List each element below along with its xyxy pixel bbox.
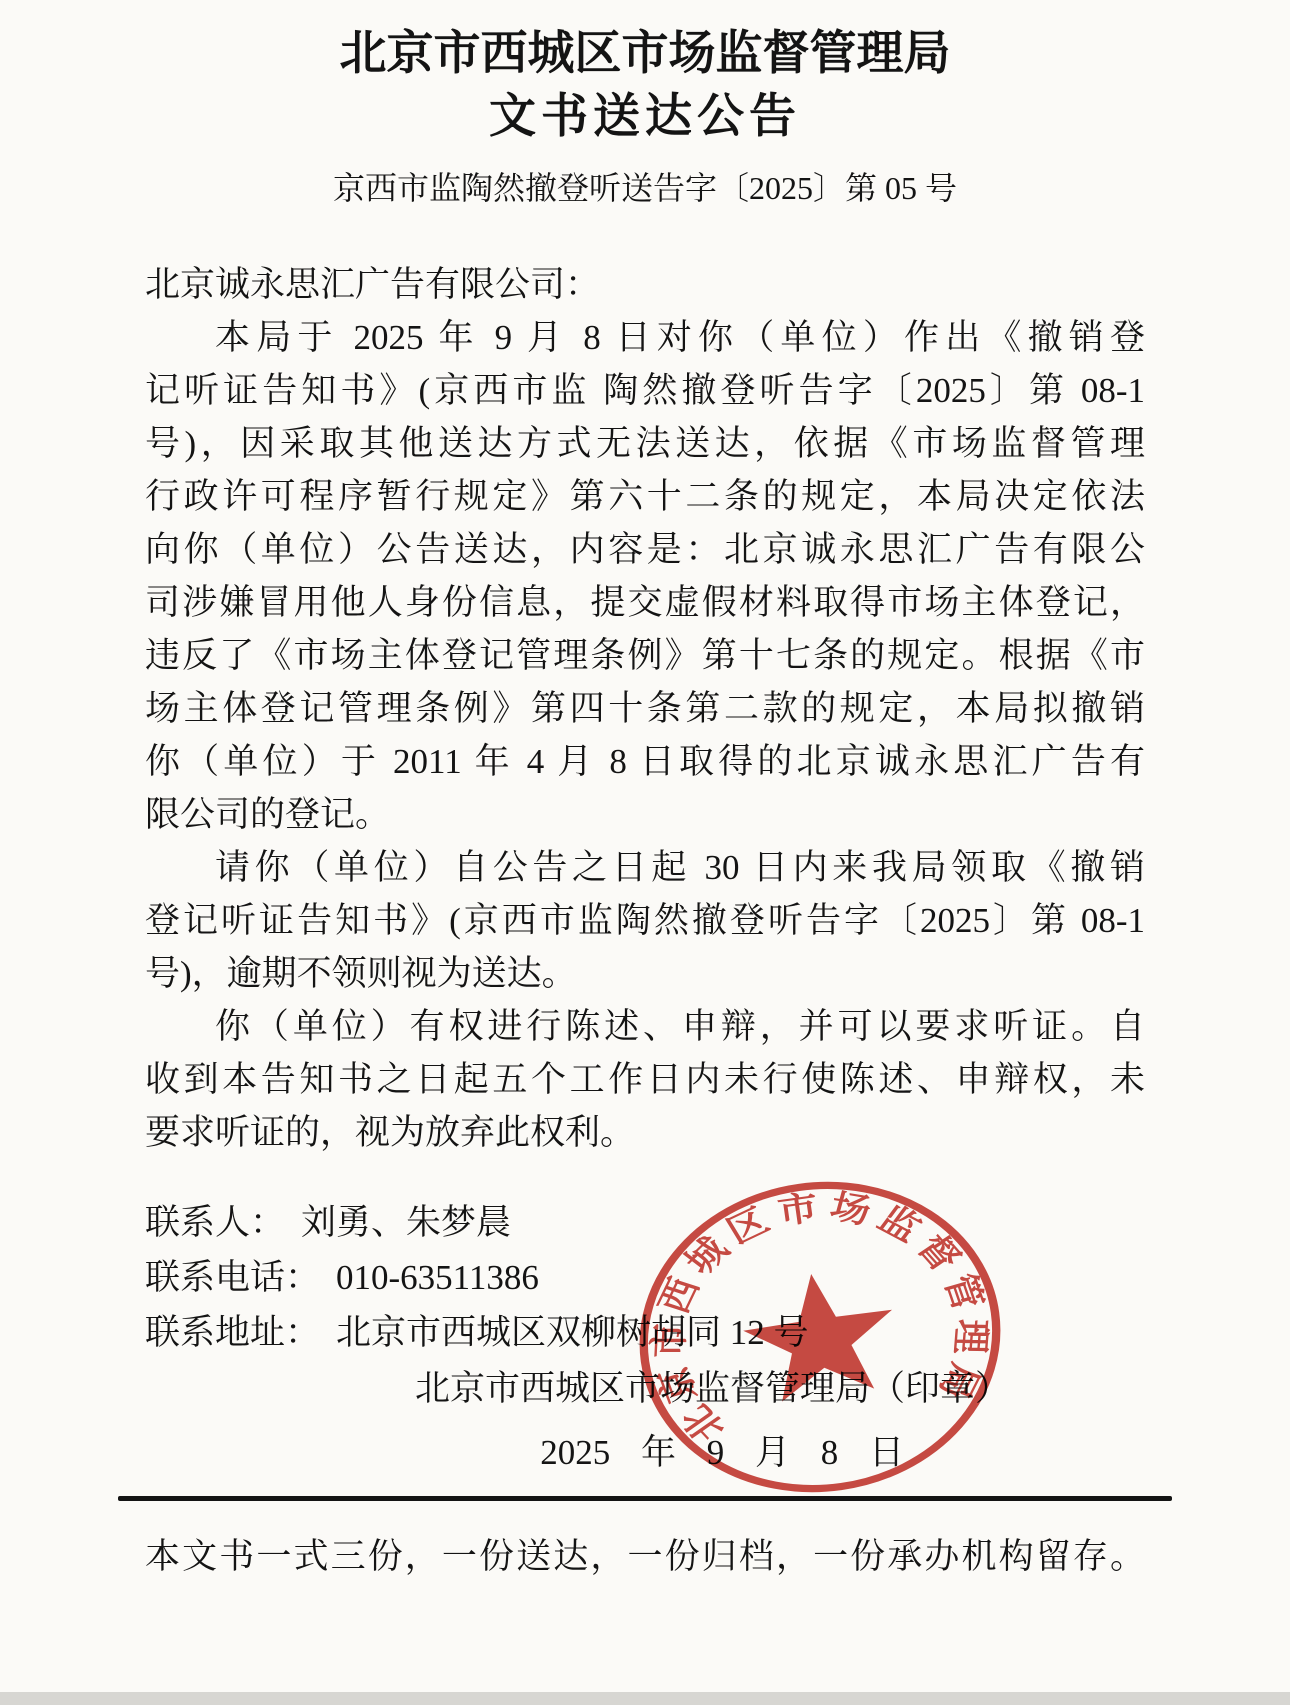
document-number: 京西市监陶然撤登听送告字〔2025〕第 05 号 [0, 168, 1290, 208]
signature-date: 2025 年 9 月 8 日 [540, 1430, 904, 1476]
body-line: 司涉嫌冒用他人身份信息，提交虚假材料取得市场主体登记， [145, 576, 1145, 629]
contact-person-value: 刘勇、朱梦晨 [301, 1195, 511, 1250]
body-line: 场主体登记管理条例》第四十条第二款的规定，本局拟撤销 [145, 682, 1145, 735]
document-title: 文书送达公告 [0, 88, 1290, 146]
agency-title: 北京市西城区市场监督管理局 [0, 0, 1290, 84]
contact-block: 联系人： 刘勇、朱梦晨 联系电话： 010-63511386 联系地址： 北京市… [145, 1195, 1145, 1360]
contact-address-label: 联系地址： [145, 1305, 320, 1360]
body-line: 行政许可程序暂行规定》第六十二条的规定，本局决定依法 [145, 470, 1145, 523]
footer-divider [118, 1496, 1172, 1501]
body-line: 号)，逾期不领则视为送达。 [145, 947, 1145, 1000]
body-text: 北京诚永思汇广告有限公司：本局于 2025 年 9 月 8 日对你（单位）作出《… [145, 258, 1145, 1159]
footer-note: 本文书一式三份，一份送达，一份归档，一份承办机构留存。 [145, 1532, 1145, 1582]
contact-address-value: 北京市西城区双柳树胡同 12 号 [336, 1305, 809, 1360]
body-line: 违反了《市场主体登记管理条例》第十七条的规定。根据《市 [145, 629, 1145, 682]
contact-phone-value: 010-63511386 [336, 1250, 539, 1305]
contact-person-label: 联系人： [145, 1195, 285, 1250]
body-line: 收到本告知书之日起五个工作日内未行使陈述、申辩权，未 [145, 1053, 1145, 1106]
body-line: 你（单位）于 2011 年 4 月 8 日取得的北京诚永思汇广告有 [145, 735, 1145, 788]
contact-address-row: 联系地址： 北京市西城区双柳树胡同 12 号 [145, 1305, 1145, 1360]
body-line: 向你（单位）公告送达，内容是：北京诚永思汇广告有限公 [145, 523, 1145, 576]
body-line: 记听证告知书》(京西市监 陶然撤登听告字〔2025〕第 08-1 [145, 364, 1145, 417]
contact-phone-label: 联系电话： [145, 1250, 320, 1305]
contact-phone-row: 联系电话： 010-63511386 [145, 1250, 1145, 1305]
contact-person-row: 联系人： 刘勇、朱梦晨 [145, 1195, 1145, 1250]
scan-edge-shadow [0, 1692, 1290, 1705]
body-line: 登记听证告知书》(京西市监陶然撤登听告字〔2025〕第 08-1 [145, 894, 1145, 947]
body-line: 号)，因采取其他送达方式无法送达，依据《市场监督管理 [145, 417, 1145, 470]
body-line: 北京诚永思汇广告有限公司： [145, 258, 1145, 311]
issuer-line: 北京市西城区市场监督管理局（印章） [415, 1366, 1010, 1412]
body-line: 本局于 2025 年 9 月 8 日对你（单位）作出《撤销登 [145, 311, 1145, 364]
body-line: 请你（单位）自公告之日起 30 日内来我局领取《撤销 [145, 841, 1145, 894]
document-page: 北京市西城区市场监督管理局 文书送达公告 京西市监陶然撤登听送告字〔2025〕第… [0, 0, 1290, 1705]
body-line: 要求听证的，视为放弃此权利。 [145, 1106, 1145, 1159]
body-line: 你（单位）有权进行陈述、申辩，并可以要求听证。自 [145, 1000, 1145, 1053]
body-line: 限公司的登记。 [145, 788, 1145, 841]
